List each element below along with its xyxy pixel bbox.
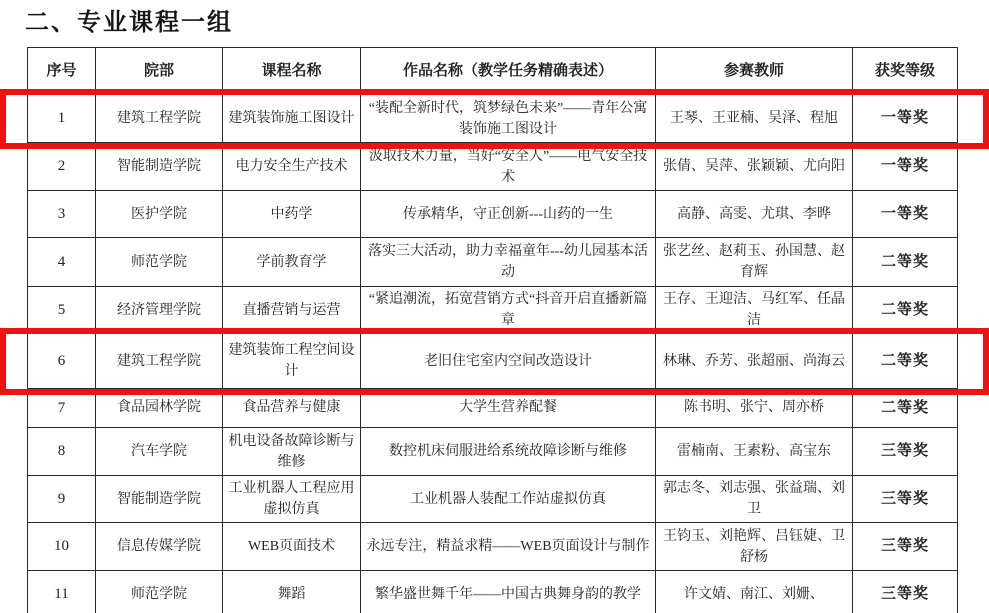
table-row: 8 汽车学院 机电设备故障诊断与维修 数控机床伺服进给系统故障诊断与维修 雷楠南… [28,428,958,476]
table-row: 1 建筑工程学院 建筑装饰施工图设计 “装配全新时代，筑梦绿色未来”——青年公寓… [28,95,958,143]
cell-award: 三等奖 [853,523,958,571]
header-cell-teachers: 参赛教师 [656,48,853,95]
cell-award: 二等奖 [853,389,958,428]
cell-teachers: 王钧玉、刘艳辉、吕钰婕、卫舒杨 [656,523,853,571]
table-row: 3 医护学院 中药学 传承精华，守正创新---山药的一生 高静、高雯、尤琪、李晔… [28,191,958,238]
header-cell-dept: 院部 [96,48,223,95]
cell-dept: 医护学院 [96,191,223,238]
cell-award: 三等奖 [853,571,958,613]
cell-teachers: 郭志冬、刘志强、张益瑞、刘卫 [656,476,853,523]
cell-dept: 智能制造学院 [96,143,223,191]
cell-number: 2 [28,143,96,191]
cell-work: “装配全新时代，筑梦绿色未来”——青年公寓装饰施工图设计 [361,95,656,143]
cell-course: 学前教育学 [223,238,361,287]
cell-course: 建筑装饰施工图设计 [223,95,361,143]
cell-dept: 智能制造学院 [96,476,223,523]
cell-teachers: 陈书明、张宁、周亦桥 [656,389,853,428]
cell-course: 舞蹈 [223,571,361,613]
table-row: 10 信息传媒学院 WEB页面技术 永远专注，精益求精——WEB页面设计与制作 … [28,523,958,571]
cell-teachers: 林琳、乔芳、张超丽、尚海云 [656,334,853,389]
cell-work: 老旧住宅室内空间改造设计 [361,334,656,389]
cell-number: 1 [28,95,96,143]
cell-teachers: 许文婧、南江、刘姗、 [656,571,853,613]
cell-number: 5 [28,287,96,334]
cell-work: 大学生营养配餐 [361,389,656,428]
cell-award: 二等奖 [853,287,958,334]
cell-teachers: 高静、高雯、尤琪、李晔 [656,191,853,238]
cell-number: 4 [28,238,96,287]
table-row: 2 智能制造学院 电力安全生产技术 汲取技术力量，当好“安全人”——电气安全技术… [28,143,958,191]
cell-award: 一等奖 [853,143,958,191]
cell-dept: 建筑工程学院 [96,95,223,143]
cell-number: 3 [28,191,96,238]
cell-dept: 汽车学院 [96,428,223,476]
table-row: 11 师范学院 舞蹈 繁华盛世舞千年——中国古典舞身韵的教学 许文婧、南江、刘姗… [28,571,958,613]
cell-number: 6 [28,334,96,389]
table-row: 4 师范学院 学前教育学 落实三大活动，助力幸福童年---幼儿园基本活动 张艺丝… [28,238,958,287]
cell-dept: 师范学院 [96,571,223,613]
cell-award: 二等奖 [853,238,958,287]
cell-teachers: 张艺丝、赵莉玉、孙国慧、赵育辉 [656,238,853,287]
cell-number: 9 [28,476,96,523]
cell-number: 8 [28,428,96,476]
cell-number: 11 [28,571,96,613]
header-cell-course: 课程名称 [223,48,361,95]
cell-course: 机电设备故障诊断与维修 [223,428,361,476]
cell-teachers: 王琴、王亚楠、吴泽、程旭 [656,95,853,143]
cell-course: 建筑装饰工程空间设计 [223,334,361,389]
cell-work: 永远专注，精益求精——WEB页面设计与制作 [361,523,656,571]
cell-dept: 师范学院 [96,238,223,287]
table-row: 7 食品园林学院 食品营养与健康 大学生营养配餐 陈书明、张宁、周亦桥 二等奖 [28,389,958,428]
cell-award: 三等奖 [853,428,958,476]
cell-award: 一等奖 [853,95,958,143]
cell-teachers: 张倩、吴萍、张颖颖、尤向阳 [656,143,853,191]
cell-work: 工业机器人装配工作站虚拟仿真 [361,476,656,523]
cell-course: 工业机器人工程应用虚拟仿真 [223,476,361,523]
cell-dept: 食品园林学院 [96,389,223,428]
cell-dept: 信息传媒学院 [96,523,223,571]
cell-award: 三等奖 [853,476,958,523]
table-row: 9 智能制造学院 工业机器人工程应用虚拟仿真 工业机器人装配工作站虚拟仿真 郭志… [28,476,958,523]
cell-course: 电力安全生产技术 [223,143,361,191]
header-cell-award: 获奖等级 [853,48,958,95]
cell-course: WEB页面技术 [223,523,361,571]
cell-award: 二等奖 [853,334,958,389]
table-row: 6 建筑工程学院 建筑装饰工程空间设计 老旧住宅室内空间改造设计 林琳、乔芳、张… [28,334,958,389]
cell-teachers: 王存、王迎洁、马红军、任晶洁 [656,287,853,334]
cell-work: 落实三大活动，助力幸福童年---幼儿园基本活动 [361,238,656,287]
header-cell-number: 序号 [28,48,96,95]
cell-work: 数控机床伺服进给系统故障诊断与维修 [361,428,656,476]
header-cell-work: 作品名称（教学任务精确表述） [361,48,656,95]
cell-work: 传承精华，守正创新---山药的一生 [361,191,656,238]
cell-work: “紧追潮流，拓宽营销方式“抖音开启直播新篇章 [361,287,656,334]
cell-course: 中药学 [223,191,361,238]
cell-number: 7 [28,389,96,428]
cell-award: 一等奖 [853,191,958,238]
document-page: { "title": "二、专业课程一组", "highlight_color"… [0,0,989,613]
cell-course: 直播营销与运营 [223,287,361,334]
cell-work: 繁华盛世舞千年——中国古典舞身韵的教学 [361,571,656,613]
table-row: 5 经济管理学院 直播营销与运营 “紧追潮流，拓宽营销方式“抖音开启直播新篇章 … [28,287,958,334]
cell-teachers: 雷楠南、王素粉、高宝东 [656,428,853,476]
cell-dept: 经济管理学院 [96,287,223,334]
cell-number: 10 [28,523,96,571]
cell-work: 汲取技术力量，当好“安全人”——电气安全技术 [361,143,656,191]
cell-dept: 建筑工程学院 [96,334,223,389]
awards-table: 序号 院部 课程名称 作品名称（教学任务精确表述） 参赛教师 获奖等级 1 建筑… [27,47,958,613]
page-title: 二、专业课程一组 [25,2,233,37]
cell-course: 食品营养与健康 [223,389,361,428]
table-header-row: 序号 院部 课程名称 作品名称（教学任务精确表述） 参赛教师 获奖等级 [28,48,958,95]
